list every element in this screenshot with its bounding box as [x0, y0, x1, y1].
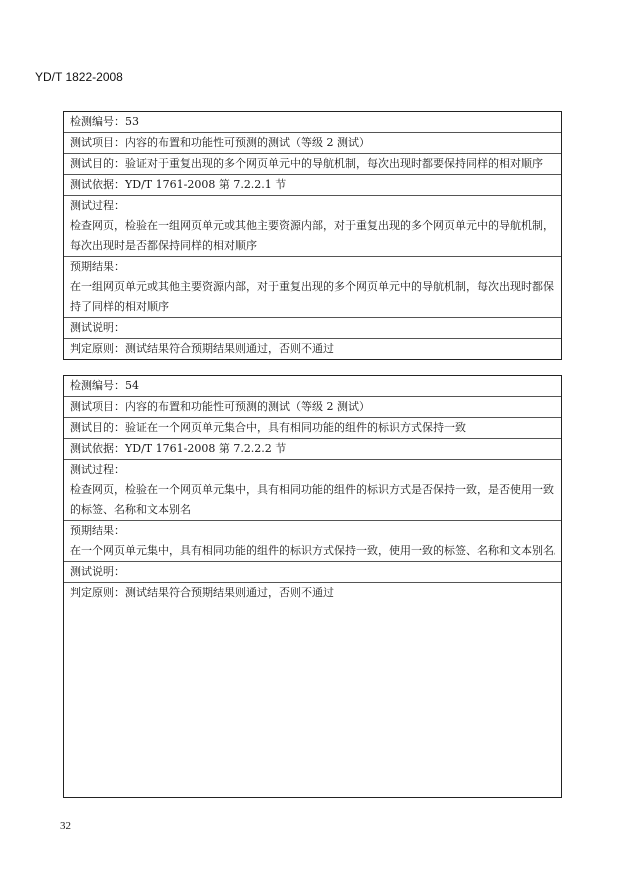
expected-result-row: 预期结果： 在一个网页单元集中，具有相同功能的组件的标识方式保持一致，使用一致的…	[64, 520, 561, 561]
expected-text-line: 持了同样的相对顺序	[70, 297, 555, 317]
judgement: 判定原则：测试结果符合预期结果则通过，否则不通过	[70, 339, 555, 359]
test-basis: 测试依据：YD/T 1761-2008 第 7.2.2.2 节	[70, 439, 555, 459]
test-case-table-53: 检测编号：53 测试项目：内容的布置和功能性可预测的测试（等级 2 测试） 测试…	[63, 111, 562, 360]
test-basis: 测试依据：YD/T 1761-2008 第 7.2.2.1 节	[70, 175, 555, 195]
procedure-text-line: 检查网页，检验在一组网页单元或其他主要资源内部，对于重复出现的多个网页单元中的导…	[70, 216, 555, 236]
procedure-row: 测试过程： 检查网页，检验在一组网页单元或其他主要资源内部，对于重复出现的多个网…	[64, 195, 561, 256]
test-id-row: 检测编号：53	[64, 112, 561, 132]
page-number: 32	[60, 820, 71, 832]
notes-row: 测试说明：	[64, 317, 561, 338]
test-case-table-54: 检测编号：54 测试项目：内容的布置和功能性可预测的测试（等级 2 测试） 测试…	[63, 375, 562, 798]
test-item-row: 测试项目：内容的布置和功能性可预测的测试（等级 2 测试）	[64, 132, 561, 153]
test-purpose-row: 测试目的：验证在一个网页单元集合中，具有相同功能的组件的标识方式保持一致	[64, 417, 561, 438]
notes-row: 测试说明：	[64, 561, 561, 582]
test-item: 测试项目：内容的布置和功能性可预测的测试（等级 2 测试）	[70, 397, 555, 417]
test-basis-row: 测试依据：YD/T 1761-2008 第 7.2.2.1 节	[64, 174, 561, 195]
judgement: 判定原则：测试结果符合预期结果则通过，否则不通过	[70, 583, 555, 603]
procedure-text-line: 的标签、名称和文本别名	[70, 500, 555, 520]
standard-code-header: YD/T 1822-2008	[35, 70, 123, 84]
procedure-text-line: 每次出现时是否都保持同样的相对顺序	[70, 236, 555, 256]
test-item: 测试项目：内容的布置和功能性可预测的测试（等级 2 测试）	[70, 133, 555, 153]
test-id: 检测编号：53	[70, 112, 555, 132]
test-id-row: 检测编号：54	[64, 376, 561, 396]
expected-label: 预期结果：	[70, 521, 555, 541]
expected-text-line: 在一个网页单元集中，具有相同功能的组件的标识方式保持一致，使用一致的标签、名称和…	[70, 541, 555, 561]
expected-text-line: 在一组网页单元或其他主要资源内部，对于重复出现的多个网页单元中的导航机制，每次出…	[70, 277, 555, 297]
expected-result-row: 预期结果： 在一组网页单元或其他主要资源内部，对于重复出现的多个网页单元中的导航…	[64, 256, 561, 317]
notes-label: 测试说明：	[70, 318, 555, 338]
expected-label: 预期结果：	[70, 257, 555, 277]
judgement-row: 判定原则：测试结果符合预期结果则通过，否则不通过	[64, 338, 561, 359]
test-basis-row: 测试依据：YD/T 1761-2008 第 7.2.2.2 节	[64, 438, 561, 459]
judgement-row: 判定原则：测试结果符合预期结果则通过，否则不通过	[64, 582, 561, 603]
test-purpose: 测试目的：验证对于重复出现的多个网页单元中的导航机制，每次出现时都要保持同样的相…	[70, 154, 555, 174]
procedure-label: 测试过程：	[70, 196, 555, 216]
test-item-row: 测试项目：内容的布置和功能性可预测的测试（等级 2 测试）	[64, 396, 561, 417]
test-purpose-row: 测试目的：验证对于重复出现的多个网页单元中的导航机制，每次出现时都要保持同样的相…	[64, 153, 561, 174]
procedure-label: 测试过程：	[70, 460, 555, 480]
notes-label: 测试说明：	[70, 562, 555, 582]
procedure-text-line: 检查网页，检验在一个网页单元集中，具有相同功能的组件的标识方式是否保持一致，是否…	[70, 480, 555, 500]
procedure-row: 测试过程： 检查网页，检验在一个网页单元集中，具有相同功能的组件的标识方式是否保…	[64, 459, 561, 520]
test-purpose: 测试目的：验证在一个网页单元集合中，具有相同功能的组件的标识方式保持一致	[70, 418, 555, 438]
test-id: 检测编号：54	[70, 376, 555, 396]
